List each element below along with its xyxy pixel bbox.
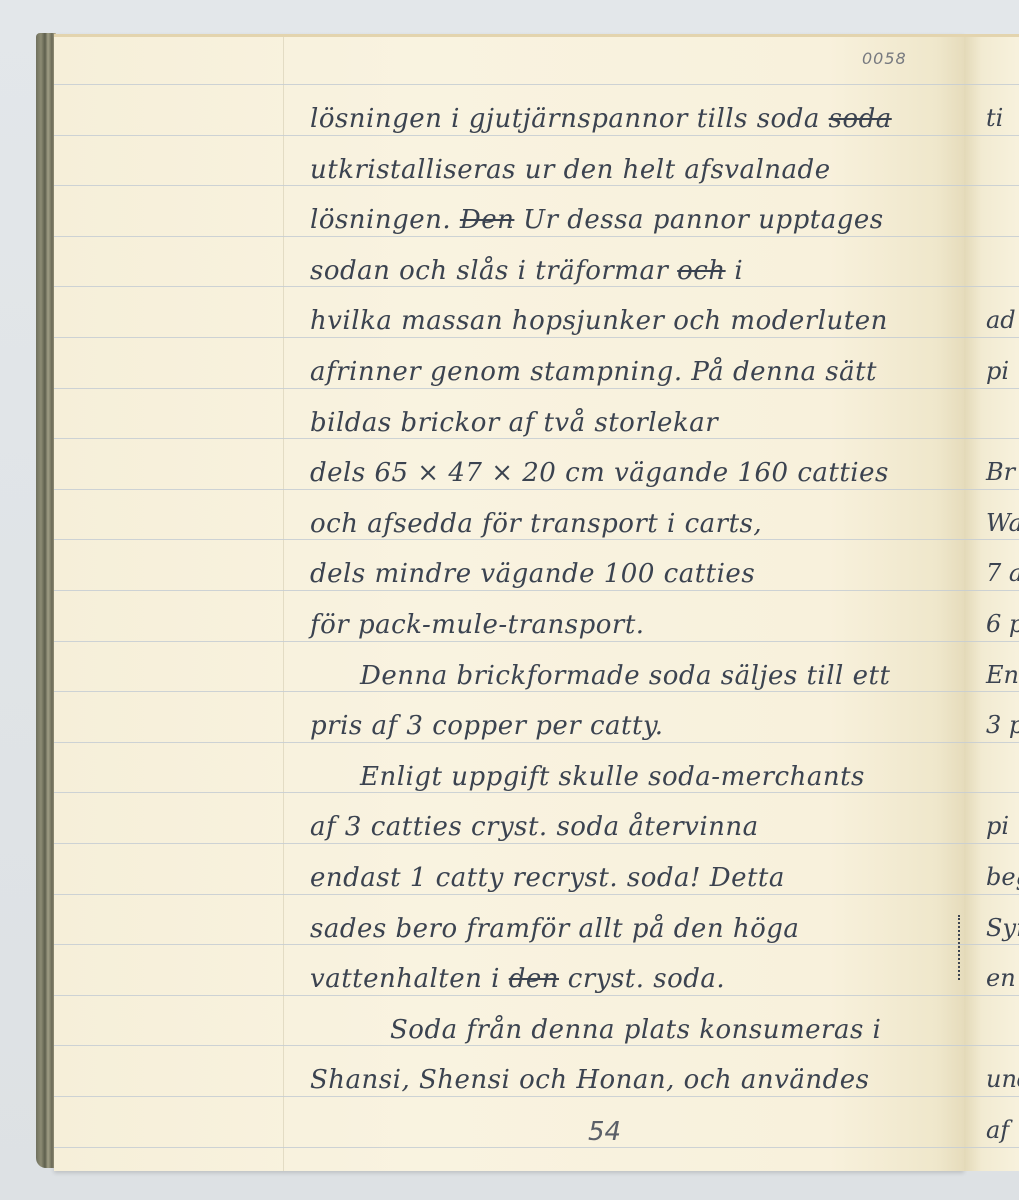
- ruled-line: [964, 337, 1019, 338]
- ruled-line: [54, 944, 964, 945]
- handwritten-line: utkristalliseras ur den helt afsvalnade: [310, 155, 831, 185]
- handwritten-line: dels 65 × 47 × 20 cm vägande 160 catties: [310, 458, 889, 488]
- ruled-line: [964, 84, 1019, 85]
- ruled-line: [54, 1147, 964, 1148]
- handwritten-line: pris af 3 copper per catty.: [310, 711, 663, 741]
- struck-out-word: den: [509, 964, 559, 994]
- ruled-line: [54, 792, 964, 793]
- ruled-line: [964, 944, 1019, 945]
- ruled-line: [964, 742, 1019, 743]
- ruled-line: [54, 286, 964, 287]
- ruled-line: [964, 792, 1019, 793]
- ruled-line: [964, 185, 1019, 186]
- right-page-text-fragment: Wa: [986, 509, 1019, 537]
- ruled-line: [964, 641, 1019, 642]
- ruled-line: [964, 590, 1019, 591]
- right-page-text-fragment: En: [986, 661, 1019, 689]
- ruled-line: [54, 995, 964, 996]
- handwritten-line: och afsedda för transport i carts,: [310, 509, 762, 539]
- ruled-line: [964, 995, 1019, 996]
- ruled-line: [54, 236, 964, 237]
- handwritten-line: sades bero framför allt på den höga: [310, 914, 799, 944]
- ruled-line: [54, 135, 964, 136]
- ruled-line: [54, 590, 964, 591]
- ruled-line: [54, 742, 964, 743]
- handwritten-line: bildas brickor af två storlekar: [310, 408, 718, 438]
- ruled-line: [54, 1096, 964, 1097]
- right-page-text-fragment: pi: [986, 357, 1009, 385]
- right-page-text-fragment: 7 a: [986, 559, 1019, 587]
- ruled-line: [964, 388, 1019, 389]
- right-page-text-fragment: ti: [986, 104, 1003, 132]
- notebook-page-edges: [36, 33, 56, 1168]
- right-page-text-fragment: beg: [986, 863, 1019, 891]
- handwritten-line: Enligt uppgift skulle soda-merchants: [360, 762, 865, 792]
- ruled-line: [54, 641, 964, 642]
- handwritten-line: af 3 catties cryst. soda återvinna: [310, 812, 759, 842]
- right-page-text-fragment: Br: [986, 458, 1015, 486]
- ruled-line: [54, 489, 964, 490]
- right-page-text-fragment: und: [986, 1065, 1019, 1093]
- handwritten-line: sodan och slås i träformar och i: [310, 256, 743, 286]
- ruled-line: [54, 894, 964, 895]
- ruled-line: [964, 539, 1019, 540]
- ruled-line: [54, 539, 964, 540]
- right-page-text-fragment: 3 p: [986, 711, 1019, 739]
- ruled-line: [964, 1096, 1019, 1097]
- handwritten-line: lösningen i gjutjärnspannor tills soda s…: [310, 104, 892, 134]
- ruled-line: [54, 438, 964, 439]
- handwritten-line: lösningen. Den Ur dessa pannor upptages: [310, 205, 884, 235]
- handwritten-line: Shansi, Shensi och Honan, och användes: [310, 1065, 869, 1095]
- struck-out-word: soda: [829, 104, 892, 134]
- ruled-line: [964, 894, 1019, 895]
- handwritten-line: hvilka massan hopsjunker och moderluten: [310, 306, 888, 336]
- ruled-line: [54, 1045, 964, 1046]
- ruled-line: [54, 337, 964, 338]
- ruled-line: [964, 1147, 1019, 1148]
- right-page-text-fragment: pi: [986, 812, 1009, 840]
- right-page-text-fragment: Syn: [986, 914, 1019, 942]
- ruled-line: [964, 236, 1019, 237]
- archive-number: 0058: [862, 49, 907, 68]
- ruled-line: [54, 84, 964, 85]
- left-notebook-page: 0058 lösningen i gjutjärnspannor tills s…: [54, 34, 964, 1171]
- ruled-line: [54, 843, 964, 844]
- ruled-line: [964, 135, 1019, 136]
- right-page-text-fragment: af: [986, 1116, 1009, 1144]
- ruled-line: [964, 843, 1019, 844]
- handwritten-line: afrinner genom stampning. På denna sätt: [310, 357, 877, 387]
- struck-out-word: och: [677, 256, 725, 286]
- handwritten-line: vattenhalten i den cryst. soda.: [310, 964, 725, 994]
- page-fold-line: [283, 37, 284, 1171]
- ruled-line: [54, 691, 964, 692]
- ruled-line: [54, 185, 964, 186]
- right-page-text-fragment: ad: [986, 306, 1016, 334]
- ruled-line: [964, 286, 1019, 287]
- ruled-line: [54, 388, 964, 389]
- handwritten-line: för pack-mule-transport.: [310, 610, 645, 640]
- ruled-line: [964, 691, 1019, 692]
- struck-out-word: Den: [460, 205, 514, 235]
- margin-bracket-mark: [958, 915, 963, 980]
- ruled-line: [964, 438, 1019, 439]
- ruled-line: [964, 1045, 1019, 1046]
- ruled-line: [964, 489, 1019, 490]
- right-page-text-fragment: 6 p: [986, 610, 1019, 638]
- right-page-text-fragment: en: [986, 964, 1016, 992]
- page-number: 54: [588, 1117, 621, 1147]
- handwritten-line: endast 1 catty recryst. soda! Detta: [310, 863, 785, 893]
- right-notebook-page-edge: tiadpiBrWa7 a6 pEn3 ppibegSynenundaf: [964, 34, 1019, 1171]
- handwritten-line: Denna brickformade soda säljes till ett: [360, 661, 890, 691]
- handwritten-line: Soda från denna plats konsumeras i: [390, 1015, 881, 1045]
- handwritten-line: dels mindre vägande 100 catties: [310, 559, 755, 589]
